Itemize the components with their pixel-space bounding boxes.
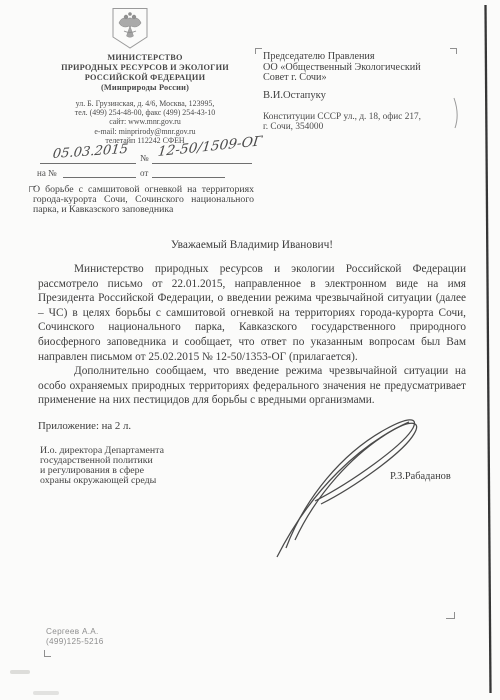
attachment-note: Приложение: на 2 л. (38, 420, 131, 432)
bottom-right-corner-mark (446, 612, 455, 619)
executor-phone: (499)125-5216 (46, 637, 104, 647)
signer-position-line: охраны окружающей среды (40, 476, 240, 486)
signer-name: Р.З.Рабаданов (390, 471, 451, 482)
ministry-line: ПРИРОДНЫХ РЕСУРСОВ И ЭКОЛОГИИ (30, 63, 260, 73)
addressee-address-line: Конституции СССР ул., д. 18, офис 217, (263, 112, 468, 122)
letter-body: Министерство природных ресурсов и эколог… (38, 262, 466, 408)
russia-coat-of-arms-icon (111, 7, 149, 49)
ministry-line: МИНИСТЕРСТВО (30, 53, 260, 63)
signer-position-block: И.о. директора Департамента государствен… (40, 446, 240, 486)
addressee-line: Совет г. Сочи» (263, 73, 468, 84)
contact-line: сайт: www.mnr.gov.ru (30, 117, 260, 126)
ministry-name-block: МИНИСТЕРСТВО ПРИРОДНЫХ РЕСУРСОВ И ЭКОЛОГ… (30, 53, 260, 93)
executor-block: Сергеев А.А. (499)125-5216 (46, 627, 104, 647)
handwritten-signature-icon (277, 420, 417, 557)
number-sign: № (140, 153, 149, 163)
bottom-left-corner-mark (44, 650, 51, 657)
addressee-name: В.И.Остапуку (263, 90, 326, 101)
body-paragraph: Дополнительно сообщаем, что введение реж… (38, 364, 466, 408)
contact-line: тел. (499) 254-48-00, факс (499) 254-43-… (30, 108, 260, 117)
salutation: Уважаемый Владимир Иванович! (38, 239, 466, 251)
subject-block: О борьбе с самшитовой огневкой на террит… (33, 185, 254, 215)
scan-smudge (10, 670, 30, 674)
executor-name: Сергеев А.А. (46, 627, 104, 637)
addressee-address-line: г. Сочи, 354000 (263, 122, 468, 132)
scan-line-artifact (486, 5, 491, 693)
addressee-title-block: Председателю Правления ОО «Общественный … (263, 52, 468, 84)
addressee-corner-mark-left (255, 48, 262, 54)
scanned-letter-page: МИНИСТЕРСТВО ПРИРОДНЫХ РЕСУРСОВ И ЭКОЛОГ… (0, 0, 500, 700)
contact-line: ул. Б. Грузинская, д. 4/6, Москва, 12399… (30, 99, 260, 108)
ref-number-underline (63, 177, 136, 178)
number-underline (152, 163, 252, 164)
ref-date-underline (152, 177, 225, 178)
ministry-line: (Минприроды России) (30, 83, 260, 93)
contact-line: e-mail: minprirody@mnr.gov.ru (30, 127, 260, 136)
ministry-line: РОССИЙСКОЙ ФЕДЕРАЦИИ (30, 73, 260, 83)
ref-date-label: от (140, 168, 148, 178)
ref-number-label: на № (37, 168, 57, 178)
addressee-line: Председателю Правления (263, 52, 468, 63)
scan-smudge (33, 691, 59, 695)
addressee-address-block: Конституции СССР ул., д. 18, офис 217, г… (263, 112, 468, 132)
date-underline (40, 163, 136, 164)
body-paragraph: Министерство природных ресурсов и эколог… (38, 262, 466, 364)
